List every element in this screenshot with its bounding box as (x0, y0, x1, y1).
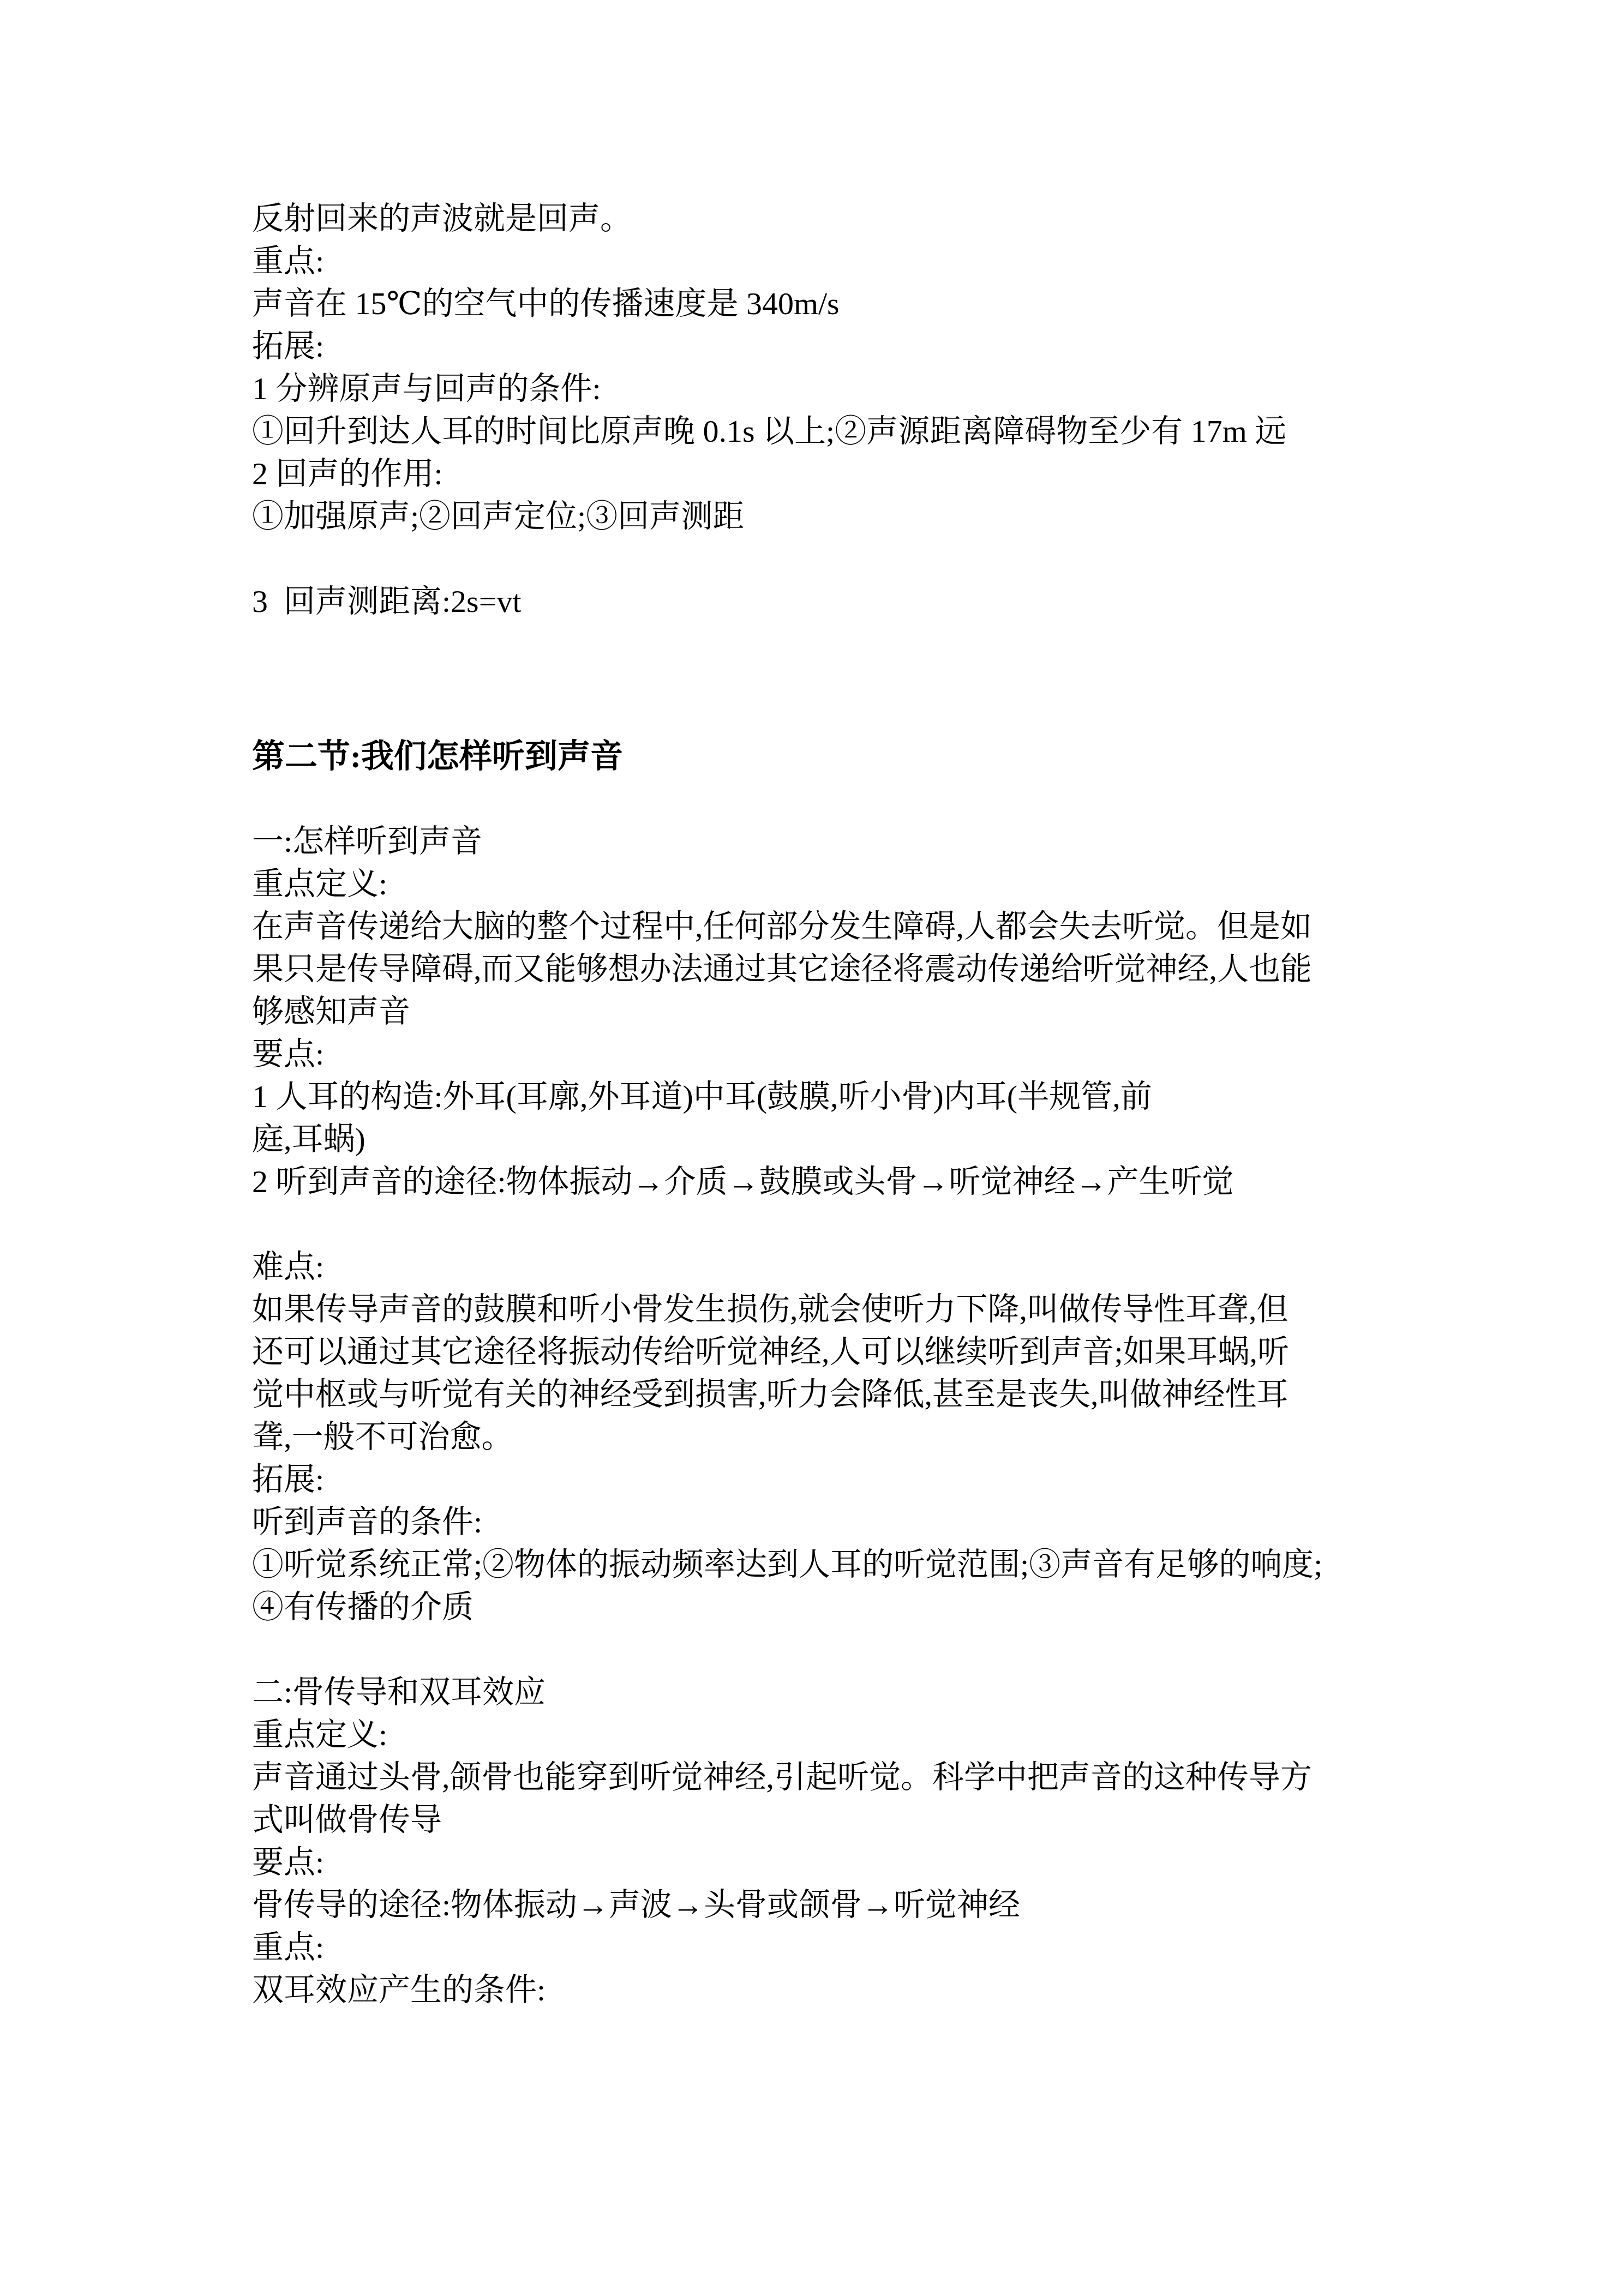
text-line: 声音在 15℃的空气中的传播速度是 340m/s (252, 283, 1392, 325)
text-line: 聋,一般不可治愈。 (252, 1416, 1392, 1458)
text-line: 如果传导声音的鼓膜和听小骨发生损伤,就会使听力下降,叫做传导性耳聋,但 (252, 1288, 1392, 1331)
text-line: ①听觉系统正常;②物体的振动频率达到人耳的听觉范围;③声音有足够的响度; (252, 1543, 1392, 1586)
text-line: 骨传导的途径:物体振动→声波→头骨或颌骨→听觉神经 (252, 1884, 1392, 1926)
text-line: 重点定义: (252, 1714, 1392, 1756)
text-line: 重点: (252, 240, 1392, 283)
blank-line (252, 778, 1392, 820)
blank-line (252, 538, 1392, 580)
text-line: 声音通过头骨,颌骨也能穿到听觉神经,引起听觉。科学中把声音的这种传导方 (252, 1756, 1392, 1799)
text-line: 1 人耳的构造:外耳(耳廓,外耳道)中耳(鼓膜,听小骨)内耳(半规管,前 (252, 1075, 1392, 1118)
text-line: 要点: (252, 1841, 1392, 1884)
text-line: 听到声音的条件: (252, 1501, 1392, 1543)
text-line: 式叫做骨传导 (252, 1799, 1392, 1841)
section-heading: 第二节:我们怎样听到声音 (252, 735, 1392, 778)
text-line: 一:怎样听到声音 (252, 820, 1392, 863)
text-line: 2 回声的作用: (252, 453, 1392, 495)
text-line: ④有传播的介质 (252, 1586, 1392, 1628)
text-line: 够感知声音 (252, 990, 1392, 1033)
text-line: 2 听到声音的途径:物体振动→介质→鼓膜或头骨→听觉神经→产生听觉 (252, 1161, 1392, 1203)
text-line: ①加强原声;②回声定位;③回声测距 (252, 495, 1392, 538)
text-line: 要点: (252, 1033, 1392, 1075)
text-line: 果只是传导障碍,而又能够想办法通过其它途径将震动传递给听觉神经,人也能 (252, 948, 1392, 990)
blank-line (252, 1628, 1392, 1671)
text-line: 反射回来的声波就是回声。 (252, 197, 1392, 240)
text-line: 觉中枢或与听觉有关的神经受到损害,听力会降低,甚至是丧失,叫做神经性耳 (252, 1373, 1392, 1416)
blank-line (252, 665, 1392, 708)
text-line: 难点: (252, 1246, 1392, 1288)
text-line: 1 分辨原声与回声的条件: (252, 368, 1392, 410)
text-line: 拓展: (252, 325, 1392, 368)
text-line: 拓展: (252, 1458, 1392, 1501)
text-line: 二:骨传导和双耳效应 (252, 1671, 1392, 1714)
document-page: 反射回来的声波就是回声。 重点: 声音在 15℃的空气中的传播速度是 340m/… (0, 0, 1624, 2296)
text-line: 重点定义: (252, 863, 1392, 905)
text-line: 庭,耳蜗) (252, 1118, 1392, 1161)
text-line: 3 回声测距离:2s=vt (252, 580, 1392, 623)
text-line: 在声音传递给大脑的整个过程中,任何部分发生障碍,人都会失去听觉。但是如 (252, 905, 1392, 948)
text-line: ①回升到达人耳的时间比原声晚 0.1s 以上;②声源距离障碍物至少有 17m 远 (252, 410, 1392, 453)
blank-line (252, 1203, 1392, 1246)
text-line: 双耳效应产生的条件: (252, 1969, 1392, 2011)
text-line: 重点: (252, 1926, 1392, 1969)
text-line: 还可以通过其它途径将振动传给听觉神经,人可以继续听到声音;如果耳蜗,听 (252, 1331, 1392, 1373)
text-block: 反射回来的声波就是回声。 重点: 声音在 15℃的空气中的传播速度是 340m/… (252, 197, 1392, 2011)
blank-line (252, 623, 1392, 665)
